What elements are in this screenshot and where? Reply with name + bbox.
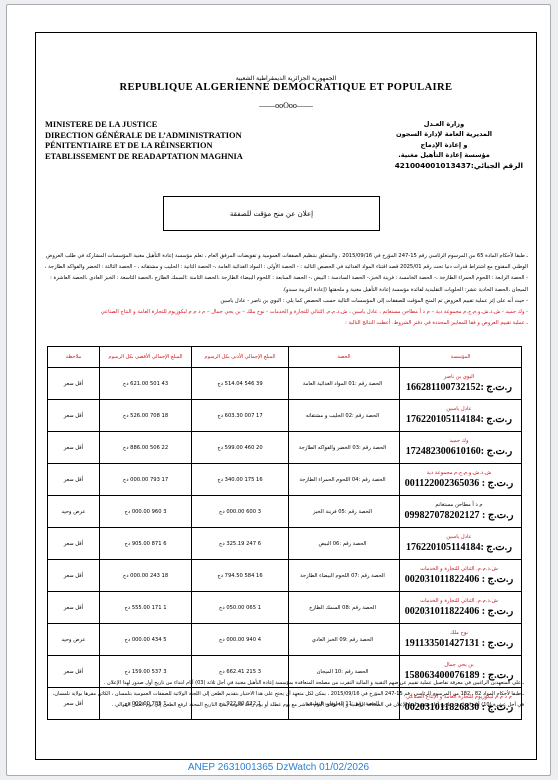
min-amount-cell: 17 007 603.30 دج [192, 400, 289, 432]
min-amount-cell: 39 546 514.04 دج [192, 368, 289, 400]
institution-rc: ر.ت.ج : 099827078202127 [400, 510, 518, 522]
institution-rc: ر.ت.ج : 002031011822406 [400, 606, 518, 618]
min-amount-cell: 1 065 050.00 دج [192, 592, 289, 624]
institution-name: نوح ملك [400, 629, 518, 638]
table-row: ش.ذ.م.م. الثنائي للتجارة و الخدماتر.ت.ج … [48, 560, 522, 592]
header-institution: المؤسسة [400, 347, 522, 368]
lot-cell: الحصة رقم :05 فرينة الخبز [289, 496, 400, 528]
body-paragraph-evaluation: ـ عملية تقييم العروض و فقا للمعايير المح… [44, 318, 528, 329]
ministry-arabic-block: وزارة العـدل المديرية العامة لإدارة السج… [369, 119, 519, 171]
penitentiary-line: PÉNITENTIAIRE ET DE LA RÉINSERTION [45, 141, 243, 152]
institution-name: بن يحي جمال [400, 661, 518, 670]
max-amount-cell: 3 960 000.00 دج [100, 496, 192, 528]
results-table: المؤسسة الحصة المبلغ الإجمالي الأدنى بكل… [47, 346, 522, 720]
remark-cell: أقل سعر [48, 464, 100, 496]
min-amount-cell: 4 940 000.00 دج [192, 624, 289, 656]
institution-rc: ر.ت.ج :166281100732152 [400, 382, 518, 394]
institution-name: ش.ذ.م.م. الثنائي للتجارة و الخدمات [400, 597, 518, 606]
institution-rc: ر.ت.ج : 001122002365036 [400, 478, 518, 490]
ministry-ar-line: وزارة العـدل [369, 119, 519, 129]
establishment-ar-line: مؤسسة إعادة التأهيل مغنية. [369, 150, 519, 160]
table-header-row: المؤسسة الحصة المبلغ الإجمالي الأدنى بكل… [48, 347, 522, 368]
max-amount-cell: 43 501 621.00 دج [100, 368, 192, 400]
max-amount-cell: 18 243 000.00 دج [100, 560, 192, 592]
table-row: نوح ملكر.ت.ج : 191133501427131 الحصة رقم… [48, 624, 522, 656]
institution-rc: ر.ت.ج :176220105114184 [400, 542, 518, 554]
table-row: البوي بن ناصرر.ت.ج :166281100732152 الحص… [48, 368, 522, 400]
max-amount-cell: 22 506 886.00 دج [100, 432, 192, 464]
institution-cell: عادل ياسينر.ت.ج :176220105114184 [400, 400, 522, 432]
direction-ar-line: المديرية العامة لإدارة السجون [369, 129, 519, 139]
institution-name: ش.ذ.ش.و.م.ج.م مجموعة دية [400, 469, 518, 478]
lot-cell: الحصة رقم :06 البيض [289, 528, 400, 560]
min-amount-cell: 6 247 325.19 دج [192, 528, 289, 560]
lot-cell: الحصة رقم :03 الخضر والفواكه الطازجة [289, 432, 400, 464]
ministry-french-block: MINISTERE DE LA JUSTICE DIRECTION GÉNÉRA… [45, 120, 243, 162]
arabic-republic-heading: الجمهورية الجزائرية الديمقراطية الشعبية [36, 75, 536, 82]
institution-rc: ر.ت.ج :172482300610160 [400, 446, 518, 458]
establishment-line: ETABLISSEMENT DE READAPTATION MAGHNIA [45, 152, 243, 163]
institution-name: ش.ذ.م.م. الثنائي للتجارة و الخدمات [400, 565, 518, 574]
remark-cell: أقل سعر [48, 432, 100, 464]
min-amount-cell: 20 460 599.00 دج [192, 432, 289, 464]
institution-cell: ش.ذ.م.م. الثنائي للتجارة و الخدماتر.ت.ج … [400, 560, 522, 592]
tax-number: الرقم الجبائي:421004001013437 [369, 161, 523, 171]
reinsertion-ar-line: و إعادة الإدماج [369, 140, 519, 150]
min-amount-cell: 16 584 794.50 دج [192, 560, 289, 592]
remark-cell: أقل سعر [48, 400, 100, 432]
remark-cell: عرض وحيد [48, 624, 100, 656]
announcement-title-text: إعلان عن منح مؤقت للصفقة [230, 210, 313, 218]
lot-cell: الحصة رقم :02 الحليب و مشتقاته [289, 400, 400, 432]
closing-note-details: ـ على المتعهدين الراغبين في معرفة تفاصيل… [48, 678, 524, 689]
institution-name: م ذ أ مطاحن مستغانم [400, 501, 518, 510]
document-viewer-card: الجمهورية الجزائرية الديمقراطية الشعبية … [6, 4, 551, 776]
body-paragraph-bidders: - وك حميد - ش.ذ.ش.و.م.ج.م مجموعة دية – م… [44, 307, 528, 318]
heading-separator: ——ooOoo—— [36, 101, 536, 110]
max-amount-cell: 5 434 000.00 دج [100, 624, 192, 656]
institution-name: البوي بن ناصر [400, 373, 518, 382]
remark-cell: أقل سعر [48, 528, 100, 560]
lot-cell: الحصة رقم :09 الخبز العادي [289, 624, 400, 656]
institution-cell: البوي بن ناصرر.ت.ج :166281100732152 [400, 368, 522, 400]
body-paragraph-award: - حيث أنه على إثر عملية تقييم العروض تم … [44, 296, 528, 307]
closing-notes: ـ على المتعهدين الراغبين في معرفة تفاصيل… [48, 678, 524, 711]
institution-cell: عادل ياسينر.ت.ج :176220105114184 [400, 528, 522, 560]
ministry-line: MINISTERE DE LA JUSTICE [45, 120, 243, 131]
body-paragraph-legal: ـ طبقا لأحكام المادة 65 من المرسوم الرئا… [44, 251, 528, 296]
table-row: ش.ذ.ش.و.م.ج.م مجموعة ديةر.ت.ج : 00112200… [48, 464, 522, 496]
min-amount-cell: 16 175 340.00 دج [192, 464, 289, 496]
min-amount-cell: 3 600 000.00 دج [192, 496, 289, 528]
anep-reference-link[interactable]: ANEP 2631001365 DzWatch 01/02/2026 [7, 762, 550, 773]
institution-cell: وك حميدر.ت.ج :172482300610160 [400, 432, 522, 464]
institution-cell: م ذ أ مطاحن مستغانمر.ت.ج : 0998270782021… [400, 496, 522, 528]
institution-cell: ش.ذ.م.م. الثنائي للتجارة و الخدماتر.ت.ج … [400, 592, 522, 624]
max-amount-cell: 1 171 555.00 دج [100, 592, 192, 624]
institution-rc: ر.ت.ج : 002031011822406 [400, 574, 518, 586]
institution-cell: نوح ملكر.ت.ج : 191133501427131 [400, 624, 522, 656]
institution-rc: ر.ت.ج : 191133501427131 [400, 638, 518, 650]
closing-note-appeal: ـ طبقا لأحكام المواد 82 ، 182 من المرسوم… [48, 689, 524, 711]
lot-cell: الحصة رقم :08 السمك الطازج [289, 592, 400, 624]
announcement-title: إعلان عن منح مؤقت للصفقة [163, 196, 380, 231]
lot-cell: الحصة رقم :01 المواد الغذائية العامة [289, 368, 400, 400]
header-remark: ملاحظة [48, 347, 100, 368]
institution-name: عادل ياسين [400, 533, 518, 542]
table-row: م ذ أ مطاحن مستغانمر.ت.ج : 0998270782021… [48, 496, 522, 528]
institution-name: عادل ياسين [400, 405, 518, 414]
announcement-body: ـ طبقا لأحكام المادة 65 من المرسوم الرئا… [44, 251, 528, 329]
lot-cell: الحصة رقم :07 اللحوم البيضاء الطازجة [289, 560, 400, 592]
table-row: وك حميدر.ت.ج :172482300610160 الحصة رقم … [48, 432, 522, 464]
announcement-frame: الجمهورية الجزائرية الديمقراطية الشعبية … [35, 32, 537, 760]
max-amount-cell: 6 871 905.00 دج [100, 528, 192, 560]
max-amount-cell: 17 793 000.00 دج [100, 464, 192, 496]
remark-cell: أقل سعر [48, 592, 100, 624]
remark-cell: عرض وحيد [48, 496, 100, 528]
institution-rc: ر.ت.ج :176220105114184 [400, 414, 518, 426]
remark-cell: أقل سعر [48, 368, 100, 400]
republic-heading: REPUBLIQUE ALGERIENNE DEMOCRATIQUE ET PO… [36, 82, 536, 93]
institution-cell: ش.ذ.ش.و.م.ج.م مجموعة ديةر.ت.ج : 00112200… [400, 464, 522, 496]
table-row: عادل ياسينر.ت.ج :176220105114184 الحصة ر… [48, 400, 522, 432]
table-row: عادل ياسينر.ت.ج :176220105114184 الحصة ر… [48, 528, 522, 560]
lot-cell: الحصة رقم :04 اللحوم الحمراء الطازجة [289, 464, 400, 496]
max-amount-cell: 18 708 526.00 دج [100, 400, 192, 432]
institution-name: وك حميد [400, 437, 518, 446]
header-lot: الحصة [289, 347, 400, 368]
direction-line: DIRECTION GÉNÉRALE DE L’ADMINISTRATION [45, 131, 243, 142]
header-max-amount: المبلغ الإجمالي الأقصى بكل الرسوم [100, 347, 192, 368]
table-row: ش.ذ.م.م. الثنائي للتجارة و الخدماتر.ت.ج … [48, 592, 522, 624]
header-min-amount: المبلغ الإجمالي الأدنى بكل الرسوم [192, 347, 289, 368]
remark-cell: أقل سعر [48, 560, 100, 592]
